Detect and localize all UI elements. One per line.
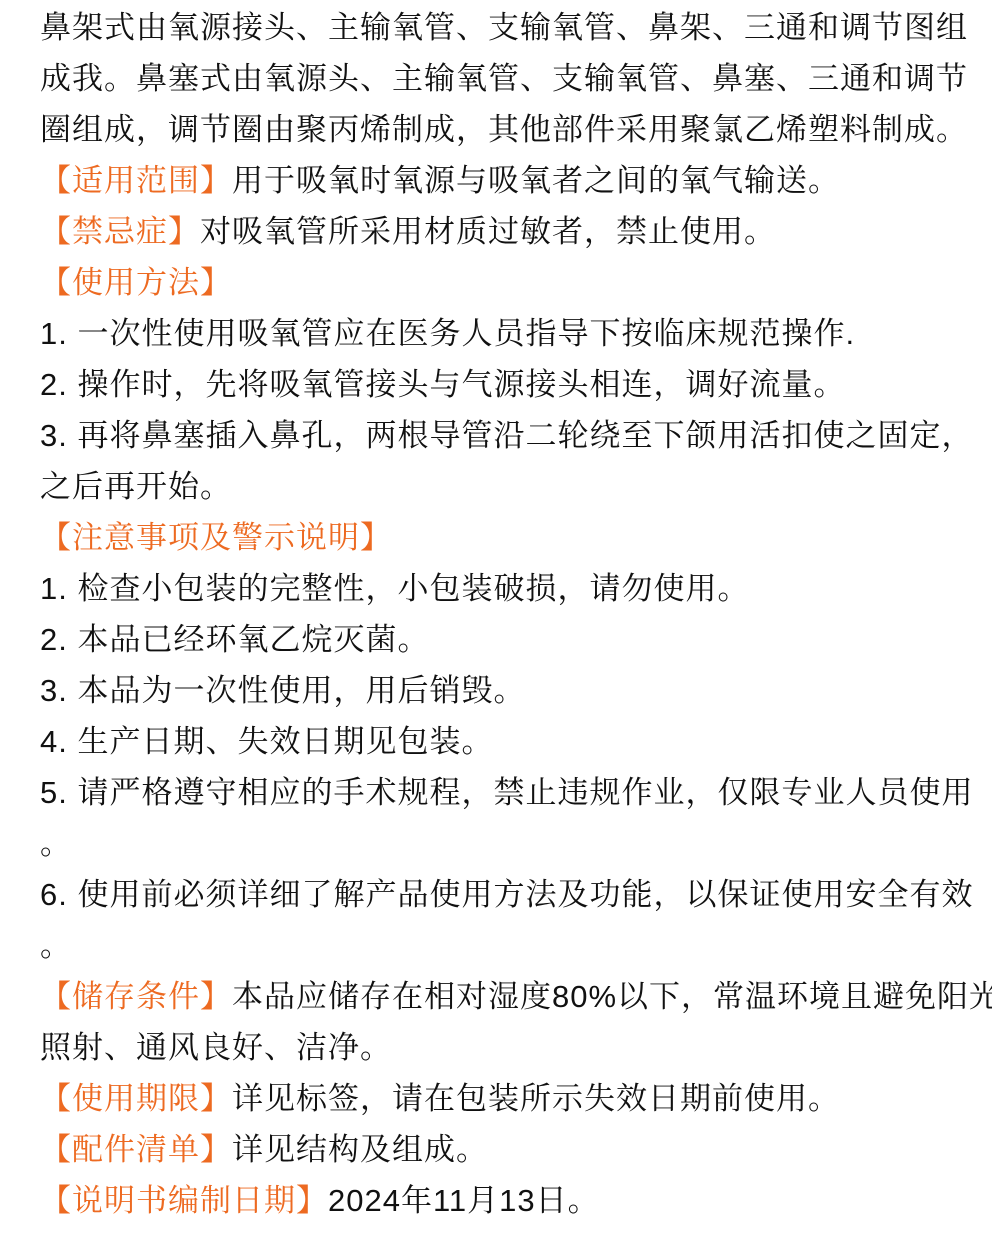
text-line: 成我。鼻塞式由氧源头、主输氧管、支输氧管、鼻塞、三通和调节 [40,53,972,104]
text-line: 【储存条件】本品应储存在相对湿度80%以下，常温环境且避免阳光 [40,971,972,1022]
text-line: 3. 本品为一次性使用，用后销毁。 [40,665,972,716]
text-line: 5. 请严格遵守相应的手术规程，禁止违规作业，仅限专业人员使用 [40,767,972,818]
text-line: 之后再开始。 [40,461,972,512]
text-line: 照射、通风良好、洁净。 [40,1022,972,1073]
section-header-contraindications: 【禁忌症】 [40,214,200,249]
section-header-storage: 【储存条件】 [40,979,232,1014]
text-line: 【禁忌症】对吸氧管所采用材质过敏者，禁止使用。 [40,206,972,257]
line-text: 本品应储存在相对湿度80%以下，常温环境且避免阳光 [232,979,992,1014]
text-line: 【注意事项及警示说明】 [40,512,972,563]
line-text: 1. 检查小包装的完整性，小包装破损，请勿使用。 [40,571,749,606]
line-text: 2024年11月13日。 [328,1183,600,1218]
line-text: 详见结构及组成。 [232,1132,488,1167]
section-header-usage: 【使用方法】 [40,265,232,300]
text-line: 1. 一次性使用吸氧管应在医务人员指导下按临床规范操作. [40,308,972,359]
line-text: 3. 再将鼻塞插入鼻孔，两根导管沿二轮绕至下颌用活扣使之固定， [40,418,973,453]
section-header-accessories: 【配件清单】 [40,1132,232,1167]
line-text: 。 [40,928,72,963]
line-text: 1. 一次性使用吸氧管应在医务人员指导下按临床规范操作. [40,316,855,351]
line-text: 6. 使用前必须详细了解产品使用方法及功能，以保证使用安全有效 [40,877,973,912]
line-text: 2. 本品已经环氧乙烷灭菌。 [40,622,429,657]
section-header-scope: 【适用范围】 [40,163,232,198]
text-line: 。 [40,920,972,971]
line-text: 用于吸氧时氧源与吸氧者之间的氧气输送。 [232,163,840,198]
section-header-shelf-life: 【使用期限】 [40,1081,232,1116]
text-line: 。 [40,818,972,869]
text-line: 鼻架式由氧源接头、主输氧管、支输氧管、鼻架、三通和调节图组 [40,2,972,53]
line-text: 详见标签，请在包装所示失效日期前使用。 [232,1081,840,1116]
line-text: 鼻架式由氧源接头、主输氧管、支输氧管、鼻架、三通和调节图组 [40,10,968,45]
line-text: 成我。鼻塞式由氧源头、主输氧管、支输氧管、鼻塞、三通和调节 [40,61,968,96]
line-text: 照射、通风良好、洁净。 [40,1030,392,1065]
section-header-manual-date: 【说明书编制日期】 [40,1183,328,1218]
line-text: 对吸氧管所采用材质过敏者，禁止使用。 [200,214,776,249]
line-text: 2. 操作时，先将吸氧管接头与气源接头相连，调好流量。 [40,367,845,402]
text-line: 2. 操作时，先将吸氧管接头与气源接头相连，调好流量。 [40,359,972,410]
text-line: 【配件清单】详见结构及组成。 [40,1124,972,1175]
line-text: 3. 本品为一次性使用，用后销毁。 [40,673,525,708]
text-line: 圈组成，调节圈由聚丙烯制成，其他部件采用聚氯乙烯塑料制成。 [40,104,972,155]
text-line: 1. 检查小包装的完整性，小包装破损，请勿使用。 [40,563,972,614]
section-header-warnings: 【注意事项及警示说明】 [40,520,392,555]
text-line: 4. 生产日期、失效日期见包装。 [40,716,972,767]
line-text: 圈组成，调节圈由聚丙烯制成，其他部件采用聚氯乙烯塑料制成。 [40,112,968,147]
text-line: 2. 本品已经环氧乙烷灭菌。 [40,614,972,665]
text-line: 6. 使用前必须详细了解产品使用方法及功能，以保证使用安全有效 [40,869,972,920]
line-text: 5. 请严格遵守相应的手术规程，禁止违规作业，仅限专业人员使用 [40,775,973,810]
text-line: 【使用方法】 [40,257,972,308]
text-line: 【说明书编制日期】2024年11月13日。 [40,1175,972,1226]
line-text: 。 [40,826,72,861]
text-line: 【适用范围】用于吸氧时氧源与吸氧者之间的氧气输送。 [40,155,972,206]
line-text: 4. 生产日期、失效日期见包装。 [40,724,493,759]
text-line: 【使用期限】详见标签，请在包装所示失效日期前使用。 [40,1073,972,1124]
instruction-document: 鼻架式由氧源接头、主输氧管、支输氧管、鼻架、三通和调节图组 成我。鼻塞式由氧源头… [0,0,992,1226]
line-text: 之后再开始。 [40,469,232,504]
text-line: 3. 再将鼻塞插入鼻孔，两根导管沿二轮绕至下颌用活扣使之固定， [40,410,972,461]
